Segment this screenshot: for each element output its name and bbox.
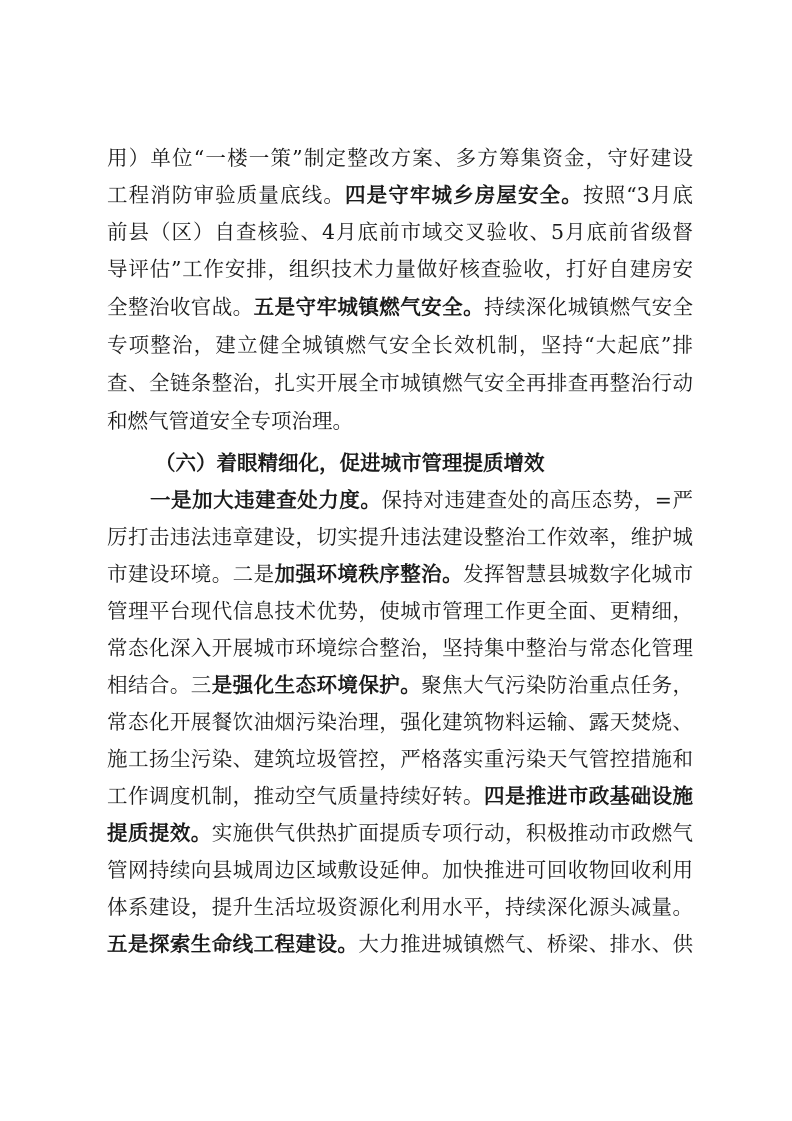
text-line: 查、全链条整治，扎实开展全市城镇燃气安全再排查再整治行动 [107, 368, 693, 398]
text-line: 体系建设，提升生活垃圾资源化利用水平，持续深化源头减量。 [107, 892, 693, 922]
text-line: 用）单位“一楼一策”制定整改方案、多方筹集资金，守好建设 [107, 143, 693, 173]
body-text: 相结合。三 [107, 673, 212, 697]
text-line: 常态化开展餐饮油烟污染治理，强化建筑物料运输、露天焚烧、 [107, 707, 693, 737]
text-line: 五是探索生命线工程建设。大力推进城镇燃气、桥梁、排水、供 [107, 929, 693, 959]
body-text: 常态化开展餐饮油烟污染治理，强化建筑物料运输、露天焚烧、 [107, 710, 693, 734]
bold-lead-phrase: 五是守牢城镇燃气安全。 [254, 295, 484, 319]
bold-lead-phrase: 四是守牢城乡房屋安全。 [345, 183, 583, 207]
body-text: 前县（区）自查核验、4月底前市域交叉验收、5月底前省级督 [107, 220, 693, 244]
body-text: 和燃气管道安全专项治理。 [107, 409, 353, 433]
text-line: 全整治收官战。五是守牢城镇燃气安全。持续深化城镇燃气安全 [107, 292, 693, 322]
body-text: 保持对违建查处的高压态势，=严 [381, 488, 693, 512]
body-text: 体系建设，提升生活垃圾资源化利用水平，持续深化源头减量。 [107, 895, 693, 919]
body-text: 管理平台现代信息技术优势，使城市管理工作更全面、更精细， [107, 599, 693, 623]
bold-lead-phrase: 提质提效。 [107, 821, 212, 845]
body-text: 工程消防审验质量底线。 [107, 183, 345, 207]
bold-lead-phrase: 一是加大违建查处力度。 [150, 488, 381, 512]
text-line: 和燃气管道安全专项治理。 [107, 406, 693, 436]
body-text: 聚焦大气污染防治重点任务， [421, 673, 693, 697]
text-line: 常态化深入开展城市环境综合整治，坚持集中整治与常态化管理 [107, 633, 693, 663]
body-text: 导评估”工作安排，组织技术力量做好核查验收，打好自建房安 [107, 257, 693, 281]
body-text: 施工扬尘污染、建筑垃圾管控，严格落实重污染天气管控措施和 [107, 747, 693, 771]
bold-lead-phrase: 是强化生态环境保护。 [212, 673, 421, 697]
text-line: 一是加大违建查处力度。保持对违建查处的高压态势，=严 [150, 485, 693, 515]
body-text: 查、全链条整治，扎实开展全市城镇燃气安全再排查再整治行动 [107, 371, 693, 395]
text-line: 市建设环境。二是加强环境秩序整治。发挥智慧县城数字化城市 [107, 559, 693, 589]
body-text: 厉打击违法违章建设，切实提升违法建设整治工作效率，维护城 [107, 525, 693, 549]
text-line: 工程消防审验质量底线。四是守牢城乡房屋安全。按照“3月底 [107, 180, 693, 210]
body-text: 常态化深入开展城市环境综合整治，坚持集中整治与常态化管理 [107, 636, 693, 660]
bold-lead-phrase: 五是探索生命线工程建设。 [107, 932, 358, 956]
text-line: 导评估”工作安排，组织技术力量做好核查验收，打好自建房安 [107, 254, 693, 284]
text-line: 工作调度机制，推动空气质量持续好转。四是推进市政基础设施 [107, 781, 693, 811]
body-text: 持续深化城镇燃气安全 [484, 295, 693, 319]
body-text: 用）单位“一楼一策”制定整改方案、多方筹集资金，守好建设 [107, 146, 693, 170]
text-line: 前县（区）自查核验、4月底前市域交叉验收、5月底前省级督 [107, 217, 693, 247]
text-line: 厉打击违法违章建设，切实提升违法建设整治工作效率，维护城 [107, 522, 693, 552]
document-page: 用）单位“一楼一策”制定整改方案、多方筹集资金，守好建设工程消防审验质量底线。四… [0, 0, 792, 1121]
text-line: 相结合。三是强化生态环境保护。聚焦大气污染防治重点任务， [107, 670, 693, 700]
text-line: 管网持续向县城周边区域敷设延伸。加快推进可回收物回收利用 [107, 855, 693, 885]
body-text: 市建设环境。二是 [107, 562, 275, 586]
section-heading: （六）着眼精细化，促进城市管理提质增效 [155, 448, 555, 478]
body-text: 专项整治，建立健全城镇燃气安全长效机制，坚持“大起底”排 [107, 333, 693, 357]
bold-lead-phrase: 加强环境秩序整治。 [275, 562, 464, 586]
body-text: 管网持续向县城周边区域敷设延伸。加快推进可回收物回收利用 [107, 858, 693, 882]
text-line: 专项整治，建立健全城镇燃气安全长效机制，坚持“大起底”排 [107, 330, 693, 360]
body-text: 全整治收官战。 [107, 295, 254, 319]
body-text: 实施供气供热扩面提质专项行动，积极推动市政燃气 [212, 821, 693, 845]
body-text: 发挥智慧县城数字化城市 [463, 562, 693, 586]
body-text: 工作调度机制，推动空气质量持续好转。 [107, 784, 484, 808]
text-line: 提质提效。实施供气供热扩面提质专项行动，积极推动市政燃气 [107, 818, 693, 848]
bold-lead-phrase: 四是推进市政基础设施 [484, 784, 693, 808]
text-line: 管理平台现代信息技术优势，使城市管理工作更全面、更精细， [107, 596, 693, 626]
body-text: 按照“3月底 [583, 183, 693, 207]
text-line: 施工扬尘污染、建筑垃圾管控，严格落实重污染天气管控措施和 [107, 744, 693, 774]
body-text: 大力推进城镇燃气、桥梁、排水、供 [358, 932, 693, 956]
